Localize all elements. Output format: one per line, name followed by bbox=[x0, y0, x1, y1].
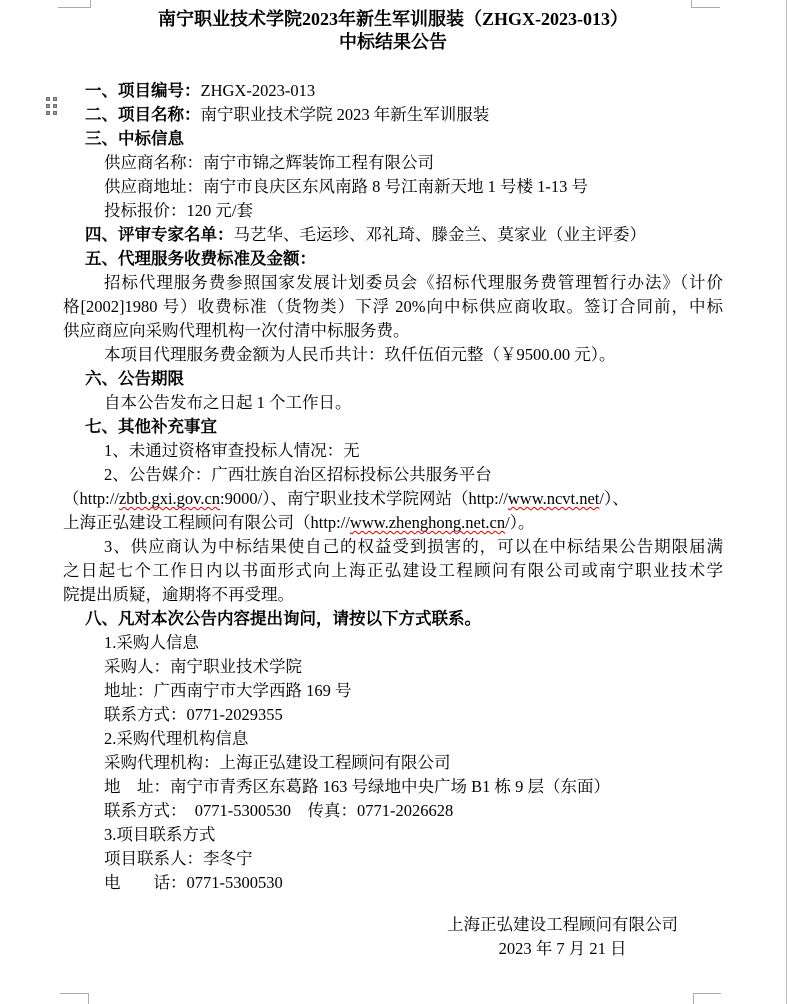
margin-crop-mark-bottom-right bbox=[693, 993, 721, 1004]
text-line: 五、代理服务收费标准及金额： bbox=[63, 247, 723, 271]
text-line: 联系方式：0771-2029355 bbox=[63, 703, 723, 727]
margin-crop-mark-top-right bbox=[691, 0, 720, 8]
signature-date: 2023 年 7 月 21 日 bbox=[447, 937, 678, 961]
text-line: 八、凡对本次公告内容提出询问，请按以下方式联系。 bbox=[63, 607, 723, 631]
text-line: 六、公告期限 bbox=[63, 367, 723, 391]
text-line: 自本公告发布之日起 1 个工作日。 bbox=[63, 391, 723, 415]
text-line: 项目联系人：李冬宁 bbox=[63, 847, 723, 871]
document-body: 一、项目编号：ZHGX-2023-013二、项目名称：南宁职业技术学院 2023… bbox=[63, 79, 723, 895]
margin-crop-mark-bottom-left bbox=[60, 993, 89, 1004]
url-text: www.ncvt.net bbox=[508, 489, 600, 508]
text-line: 1、未通过资格审查投标人情况：无 bbox=[63, 439, 723, 463]
text-line: 地址：广西南宁市大学西路 169 号 bbox=[63, 679, 723, 703]
drag-handle-icon[interactable] bbox=[46, 97, 57, 115]
text-line: 1.采购人信息 bbox=[63, 631, 723, 655]
text-line: 采购代理机构：上海正弘建设工程顾问有限公司 bbox=[63, 751, 723, 775]
text-line: 2、公告媒介：广西壮族自治区招标投标公共服务平台 bbox=[63, 463, 723, 487]
text-line: 供应商地址：南宁市良庆区东风南路 8 号江南新天地 1 号楼 1-13 号 bbox=[63, 175, 723, 199]
title-line-1: 南宁职业技术学院2023年新生军训服装（ZHGX-2023-013） bbox=[0, 8, 786, 31]
signature-company: 上海正弘建设工程顾问有限公司 bbox=[447, 913, 678, 937]
text-line: 七、其他补充事宜 bbox=[63, 415, 723, 439]
document-page: { "colors": { "underline-wavy": "#e00000… bbox=[0, 0, 788, 1004]
text-line: 3、供应商认为中标结果使自己的权益受到损害的，可以在中标结果公告期限届满 bbox=[63, 535, 723, 559]
text-line: 联系方式： 0771-5300530 传真：0771-2026628 bbox=[63, 799, 723, 823]
text-line: 上海正弘建设工程顾问有限公司（http://www.zhenghong.net.… bbox=[63, 511, 723, 535]
text-line: 地 址：南宁市青秀区东葛路 163 号绿地中央广场 B1 栋 9 层（东面） bbox=[63, 775, 723, 799]
url-text: www.zhenghong.net.cn bbox=[350, 513, 505, 532]
document-title: 南宁职业技术学院2023年新生军训服装（ZHGX-2023-013） 中标结果公… bbox=[0, 8, 786, 54]
text-line: 之日起七个工作日内以书面形式向上海正弘建设工程顾问有限公司或南宁职业技术学 bbox=[63, 559, 723, 583]
text-line: 投标报价：120 元/套 bbox=[63, 199, 723, 223]
text-line: 三、中标信息 bbox=[63, 127, 723, 151]
text-line: 2.采购代理机构信息 bbox=[63, 727, 723, 751]
page-right-edge bbox=[786, 0, 787, 1004]
text-line: （http://zbtb.gxi.gov.cn:9000/）、南宁职业技术学院网… bbox=[63, 487, 723, 511]
text-line: 供应商应向采购代理机构一次付清中标服务费。 bbox=[63, 319, 723, 343]
text-line: 采购人：南宁职业技术学院 bbox=[63, 655, 723, 679]
text-line: 本项目代理服务费金额为人民币共计：玖仟伍佰元整（￥9500.00 元）。 bbox=[63, 343, 723, 367]
url-text: zbtb.gxi.gov.cn bbox=[119, 489, 220, 508]
text-line: 二、项目名称：南宁职业技术学院 2023 年新生军训服装 bbox=[63, 103, 723, 127]
text-line: 院提出质疑，逾期将不再受理。 bbox=[63, 583, 723, 607]
text-line: 一、项目编号：ZHGX-2023-013 bbox=[63, 79, 723, 103]
title-line-2: 中标结果公告 bbox=[0, 31, 786, 54]
text-line: 3.项目联系方式 bbox=[63, 823, 723, 847]
text-line: 供应商名称：南宁市锦之辉装饰工程有限公司 bbox=[63, 151, 723, 175]
text-line: 四、评审专家名单：马艺华、毛运珍、邓礼琦、滕金兰、莫家业（业主评委） bbox=[63, 223, 723, 247]
margin-crop-mark-top-left bbox=[58, 0, 91, 8]
text-line: 电 话：0771-5300530 bbox=[63, 871, 723, 895]
text-line: 招标代理服务费参照国家发展计划委员会《招标代理服务费管理暂行办法》（计价 bbox=[63, 271, 723, 295]
text-line: 格[2002]1980 号）收费标准（货物类）下浮 20%向中标供应商收取。签订… bbox=[63, 295, 723, 319]
signature-block: 上海正弘建设工程顾问有限公司 2023 年 7 月 21 日 bbox=[447, 913, 678, 961]
